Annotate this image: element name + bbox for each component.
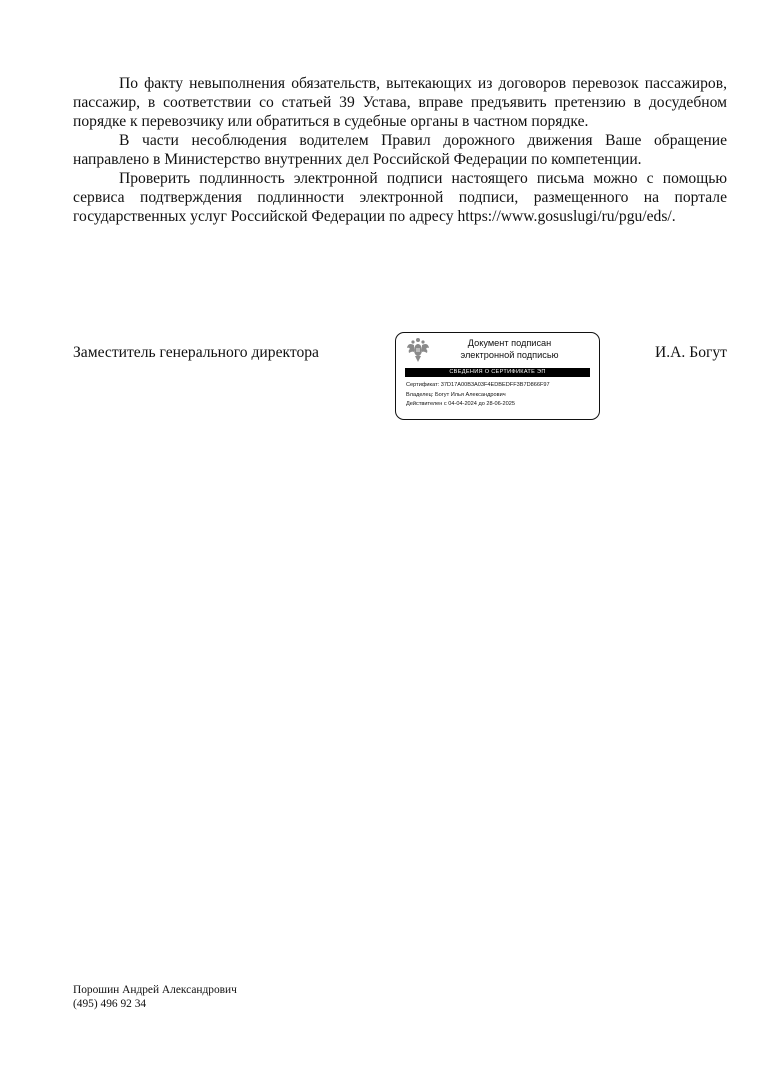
signer-position: Заместитель генерального директора — [73, 344, 319, 362]
letter-body: По факту невыполнения обязательств, выте… — [73, 74, 727, 226]
document-page: По факту невыполнения обязательств, выте… — [0, 0, 763, 1080]
paragraph-claim: По факту невыполнения обязательств, выте… — [73, 74, 727, 131]
executor-contact: Порошин Андрей Александрович (495) 496 9… — [73, 983, 237, 1011]
executor-name: Порошин Андрей Александрович — [73, 983, 237, 997]
paragraph-traffic-rules: В части несоблюдения водителем Правил до… — [73, 131, 727, 169]
paragraph-signature-verification: Проверить подлинность электронной подпис… — [73, 169, 727, 226]
certificate-details: Сертификат: 37D17A00B3A03F4EDBEDFF3B7D86… — [406, 381, 593, 410]
signer-name: И.А. Богут — [655, 344, 727, 362]
certificate-number: Сертификат: 37D17A00B3A03F4EDBEDFF3B7D86… — [406, 381, 593, 391]
certificate-owner: Владелец: Богут Илья Александрович — [406, 391, 593, 401]
certificate-validity: Действителен с 04-04-2024 до 28-06-2025 — [406, 400, 593, 410]
certificate-info-bar: СВЕДЕНИЯ О СЕРТИФИКАТЕ ЭП — [405, 368, 590, 377]
executor-phone: (495) 496 92 34 — [73, 997, 237, 1011]
signature-block: Заместитель генерального директора Докум… — [73, 332, 727, 424]
electronic-signature-stamp: Документ подписан электронной подписью С… — [395, 332, 600, 420]
stamp-heading: Документ подписан электронной подписью — [426, 338, 593, 361]
